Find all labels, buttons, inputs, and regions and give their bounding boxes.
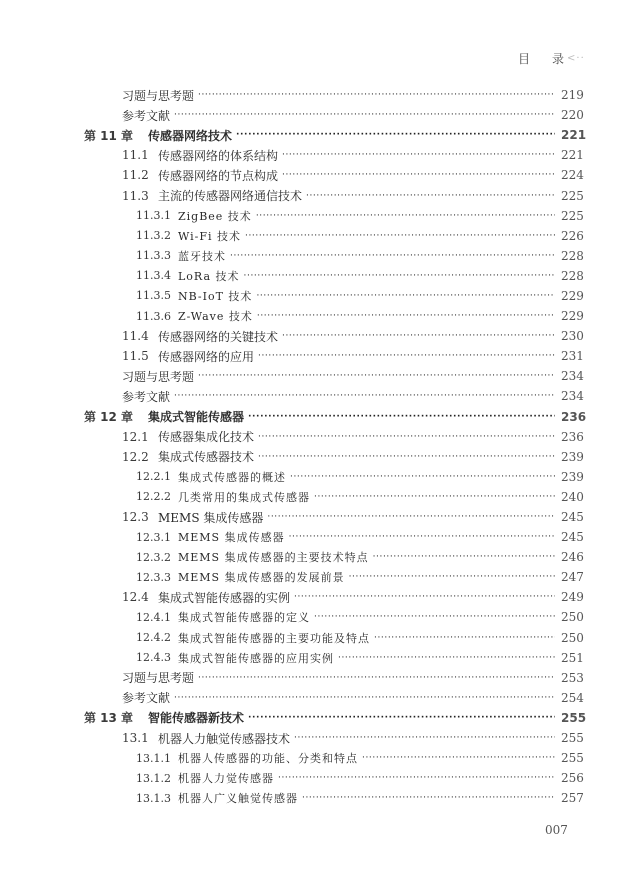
dot-leader [294, 590, 555, 604]
dot-leader [306, 189, 555, 203]
dot-leader [198, 671, 555, 685]
toc-entry-title: 参考文献 [122, 388, 170, 405]
toc-entry-title: 几类常用的集成式传感器 [178, 489, 310, 505]
toc-entry-title: MEMS 集成传感器的主要技术特点 [178, 549, 369, 565]
toc-entry-page: 251 [561, 651, 601, 665]
toc-entry[interactable]: 11.3.4LoRa 技术228 [0, 266, 639, 286]
toc-entry[interactable]: 参考文献220 [0, 105, 639, 125]
toc-entry[interactable]: 13.1.1机器人传感器的功能、分类和特点255 [0, 748, 639, 768]
dot-leader [248, 410, 555, 424]
toc-entry-number: 13.1.1 [136, 752, 178, 765]
toc-entry-title: 机器人力触觉传感器技术 [158, 730, 290, 747]
toc-entry-title: 集成式智能传感器的定义 [178, 609, 310, 625]
toc-entry-page: 240 [561, 490, 601, 504]
toc-chapter-entry[interactable]: 第 13 章智能传感器新技术255 [0, 708, 639, 728]
toc-entry-number: 12.1 [122, 430, 158, 444]
toc-entry-number: 12.3.3 [136, 571, 178, 584]
toc-entry[interactable]: 参考文献234 [0, 386, 639, 406]
dot-leader [256, 289, 555, 303]
dot-leader [290, 470, 555, 484]
dot-leader [174, 389, 555, 403]
toc-entry-number: 11.3.3 [136, 249, 178, 262]
toc-entry-page: 236 [561, 410, 601, 424]
toc-entry-page: 221 [561, 148, 601, 162]
toc-entry[interactable]: 12.2.2几类常用的集成式传感器240 [0, 487, 639, 507]
toc-entry-title: 传感器网络的关键技术 [158, 328, 278, 345]
toc-entry-number: 12.2.1 [136, 470, 178, 483]
dot-leader [282, 148, 555, 162]
dot-leader [302, 791, 555, 805]
dot-leader [174, 691, 555, 705]
toc-entry-page: 255 [561, 751, 601, 765]
header-label-mu: 目 [518, 50, 530, 67]
toc-entry-title: 集成式智能传感器的主要功能及特点 [178, 630, 370, 646]
toc-entry-number: 11.3.6 [136, 310, 178, 323]
toc-entry-page: 229 [561, 289, 601, 303]
toc-entry-title: 主流的传感器网络通信技术 [158, 187, 302, 204]
toc-entry-page: 256 [561, 771, 601, 785]
toc-entry[interactable]: 11.2传感器网络的节点构成224 [0, 165, 639, 185]
toc-entry-title: 传感器网络的应用 [158, 348, 254, 365]
toc-entry-number: 12.4.1 [136, 611, 178, 624]
dot-leader [258, 450, 555, 464]
dot-leader [282, 168, 555, 182]
toc-entry-page: 236 [561, 430, 601, 444]
toc-entry-title: MEMS 集成传感器的发展前景 [178, 569, 345, 585]
toc-entry-number: 11.3 [122, 189, 158, 203]
running-header: 目 录 <·· [518, 50, 585, 67]
toc-entry-page: 226 [561, 229, 601, 243]
toc-entry-page: 228 [561, 269, 601, 283]
toc-entry-page: 250 [561, 610, 601, 624]
toc-entry-title: 习题与思考题 [122, 368, 194, 385]
toc-entry-page: 229 [561, 309, 601, 323]
toc-entry-page: 228 [561, 249, 601, 263]
dot-leader [294, 731, 555, 745]
toc-entry-number: 第 12 章 [84, 408, 148, 425]
toc-entry-page: 219 [561, 88, 601, 102]
toc-entry-number: 12.2 [122, 450, 158, 464]
dot-leader [244, 269, 555, 283]
toc-entry-number: 第 11 章 [84, 127, 148, 144]
dot-leader [267, 510, 555, 524]
dot-leader [230, 249, 555, 263]
dot-leader [198, 369, 555, 383]
toc-entry-number: 12.3 [122, 510, 158, 524]
toc-entry-number: 13.1 [122, 731, 158, 745]
toc-entry[interactable]: 11.5传感器网络的应用231 [0, 346, 639, 366]
toc-entry[interactable]: 13.1.2机器人力觉传感器256 [0, 768, 639, 788]
toc-entry[interactable]: 13.1机器人力触觉传感器技术255 [0, 728, 639, 748]
toc-entry[interactable]: 参考文献254 [0, 688, 639, 708]
toc-entry-title: Z-Wave 技术 [178, 308, 253, 324]
toc-entry-page: 255 [561, 711, 601, 725]
toc-entry-number: 第 13 章 [84, 709, 148, 726]
dot-leader [198, 88, 555, 102]
toc-entry-number: 13.1.2 [136, 772, 178, 785]
toc-entry-title: 智能传感器新技术 [148, 709, 244, 726]
toc-entry-title: 参考文献 [122, 689, 170, 706]
toc-entry[interactable]: 习题与思考题253 [0, 668, 639, 688]
dot-leader [314, 490, 555, 504]
toc-entry-page: 245 [561, 510, 601, 524]
toc-entry[interactable]: 习题与思考题219 [0, 85, 639, 105]
dot-leader [289, 530, 555, 544]
toc-entry[interactable]: 12.3.1MEMS 集成传感器245 [0, 527, 639, 547]
toc-entry-page: 234 [561, 369, 601, 383]
toc-entry-page: 250 [561, 631, 601, 645]
dot-leader [282, 329, 555, 343]
toc-entry-number: 12.3.2 [136, 551, 178, 564]
toc-entry-number: 11.3.1 [136, 209, 178, 222]
toc-entry-title: LoRa 技术 [178, 268, 240, 284]
toc-entry-page: 245 [561, 530, 601, 544]
toc-entry-title: 机器人广义触觉传感器 [178, 790, 298, 806]
toc-entry[interactable]: 习题与思考题234 [0, 366, 639, 386]
dot-leader [374, 631, 555, 645]
toc-entry-number: 11.4 [122, 329, 158, 343]
dot-leader [245, 229, 555, 243]
toc-entry-title: 集成式智能传感器的应用实例 [178, 650, 334, 666]
dot-leader [258, 349, 555, 363]
table-of-contents: 习题与思考题219参考文献220第 11 章传感器网络技术22111.1传感器网… [0, 85, 639, 808]
toc-chapter-entry[interactable]: 第 11 章传感器网络技术221 [0, 125, 639, 145]
toc-entry-title: NB-IoT 技术 [178, 288, 252, 304]
toc-entry-page: 249 [561, 590, 601, 604]
toc-entry-page: 220 [561, 108, 601, 122]
toc-entry-page: 254 [561, 691, 601, 705]
toc-entry-number: 12.3.1 [136, 531, 178, 544]
toc-entry-title: 集成式传感器技术 [158, 448, 254, 465]
toc-entry[interactable]: 12.4.3集成式智能传感器的应用实例251 [0, 648, 639, 668]
toc-entry-page: 224 [561, 168, 601, 182]
toc-entry[interactable]: 12.3.2MEMS 集成传感器的主要技术特点246 [0, 547, 639, 567]
toc-entry[interactable]: 12.1传感器集成化技术236 [0, 427, 639, 447]
toc-entry-title: 传感器网络的节点构成 [158, 167, 278, 184]
toc-entry[interactable]: 11.3.1ZigBee 技术225 [0, 206, 639, 226]
toc-entry-title: 集成式传感器的概述 [178, 469, 286, 485]
toc-entry[interactable]: 11.1传感器网络的体系结构221 [0, 145, 639, 165]
toc-entry-number: 11.3.4 [136, 269, 178, 282]
toc-entry-title: 传感器网络技术 [148, 127, 232, 144]
toc-chapter-entry[interactable]: 第 12 章集成式智能传感器236 [0, 407, 639, 427]
toc-entry-page: 253 [561, 671, 601, 685]
dot-leader [373, 550, 555, 564]
toc-entry[interactable]: 12.3MEMS 集成传感器245 [0, 507, 639, 527]
toc-entry-title: 集成式智能传感器的实例 [158, 589, 290, 606]
toc-entry-title: 蓝牙技术 [178, 248, 226, 264]
dot-leader [257, 309, 555, 323]
toc-entry-number: 11.3.2 [136, 229, 178, 242]
toc-entry-title: 习题与思考题 [122, 669, 194, 686]
toc-entry[interactable]: 12.2集成式传感器技术239 [0, 447, 639, 467]
toc-entry-page: 230 [561, 329, 601, 343]
toc-entry[interactable]: 12.4.1集成式智能传感器的定义250 [0, 607, 639, 627]
toc-entry-title: 参考文献 [122, 107, 170, 124]
toc-entry-number: 11.2 [122, 168, 158, 182]
toc-entry[interactable]: 11.3.3蓝牙技术228 [0, 246, 639, 266]
dot-leader [256, 209, 555, 223]
toc-entry-title: MEMS 集成传感器 [158, 509, 263, 526]
header-label-lu: 录 [552, 50, 564, 67]
toc-entry-page: 239 [561, 450, 601, 464]
dot-leader [338, 651, 555, 665]
toc-entry-title: 习题与思考题 [122, 87, 194, 104]
toc-entry-title: 传感器网络的体系结构 [158, 147, 278, 164]
toc-entry-page: 255 [561, 731, 601, 745]
dot-leader [278, 771, 555, 785]
dot-leader [258, 430, 555, 444]
dot-leader [236, 128, 555, 142]
toc-entry[interactable]: 11.3.2Wi-Fi 技术226 [0, 226, 639, 246]
toc-entry[interactable]: 12.3.3MEMS 集成传感器的发展前景247 [0, 567, 639, 587]
toc-entry-title: 机器人力觉传感器 [178, 770, 274, 786]
toc-entry-page: 246 [561, 550, 601, 564]
toc-entry-title: Wi-Fi 技术 [178, 228, 241, 244]
dot-leader [248, 711, 555, 725]
dot-leader [362, 751, 555, 765]
toc-entry-page: 257 [561, 791, 601, 805]
toc-entry-title: 集成式智能传感器 [148, 408, 244, 425]
dot-leader [349, 570, 555, 584]
dot-leader [174, 108, 555, 122]
toc-entry[interactable]: 11.3.5NB-IoT 技术229 [0, 286, 639, 306]
toc-entry-page: 225 [561, 189, 601, 203]
toc-entry-number: 12.4.3 [136, 651, 178, 664]
decorative-arrow-icon: <·· [567, 53, 585, 64]
toc-entry[interactable]: 11.3.6Z-Wave 技术229 [0, 306, 639, 326]
toc-entry-page: 231 [561, 349, 601, 363]
toc-entry[interactable]: 12.2.1集成式传感器的概述239 [0, 467, 639, 487]
toc-entry-page: 221 [561, 128, 601, 142]
toc-entry-number: 12.2.2 [136, 490, 178, 503]
toc-entry-number: 11.3.5 [136, 289, 178, 302]
toc-entry-number: 13.1.3 [136, 792, 178, 805]
toc-entry-page: 247 [561, 570, 601, 584]
toc-entry[interactable]: 11.3主流的传感器网络通信技术225 [0, 185, 639, 205]
toc-entry[interactable]: 12.4集成式智能传感器的实例249 [0, 587, 639, 607]
toc-entry-title: 传感器集成化技术 [158, 428, 254, 445]
toc-entry-page: 239 [561, 470, 601, 484]
toc-entry-number: 11.1 [122, 148, 158, 162]
toc-entry-number: 11.5 [122, 349, 158, 363]
dot-leader [314, 610, 555, 624]
toc-entry[interactable]: 13.1.3机器人广义触觉传感器257 [0, 788, 639, 808]
page-number: 007 [545, 823, 568, 837]
toc-entry-page: 225 [561, 209, 601, 223]
toc-entry-title: MEMS 集成传感器 [178, 529, 285, 545]
toc-entry[interactable]: 12.4.2集成式智能传感器的主要功能及特点250 [0, 628, 639, 648]
toc-entry-title: 机器人传感器的功能、分类和特点 [178, 750, 358, 766]
toc-entry-page: 234 [561, 389, 601, 403]
toc-entry-title: ZigBee 技术 [178, 208, 252, 224]
toc-entry[interactable]: 11.4传感器网络的关键技术230 [0, 326, 639, 346]
toc-entry-number: 12.4 [122, 590, 158, 604]
toc-entry-number: 12.4.2 [136, 631, 178, 644]
